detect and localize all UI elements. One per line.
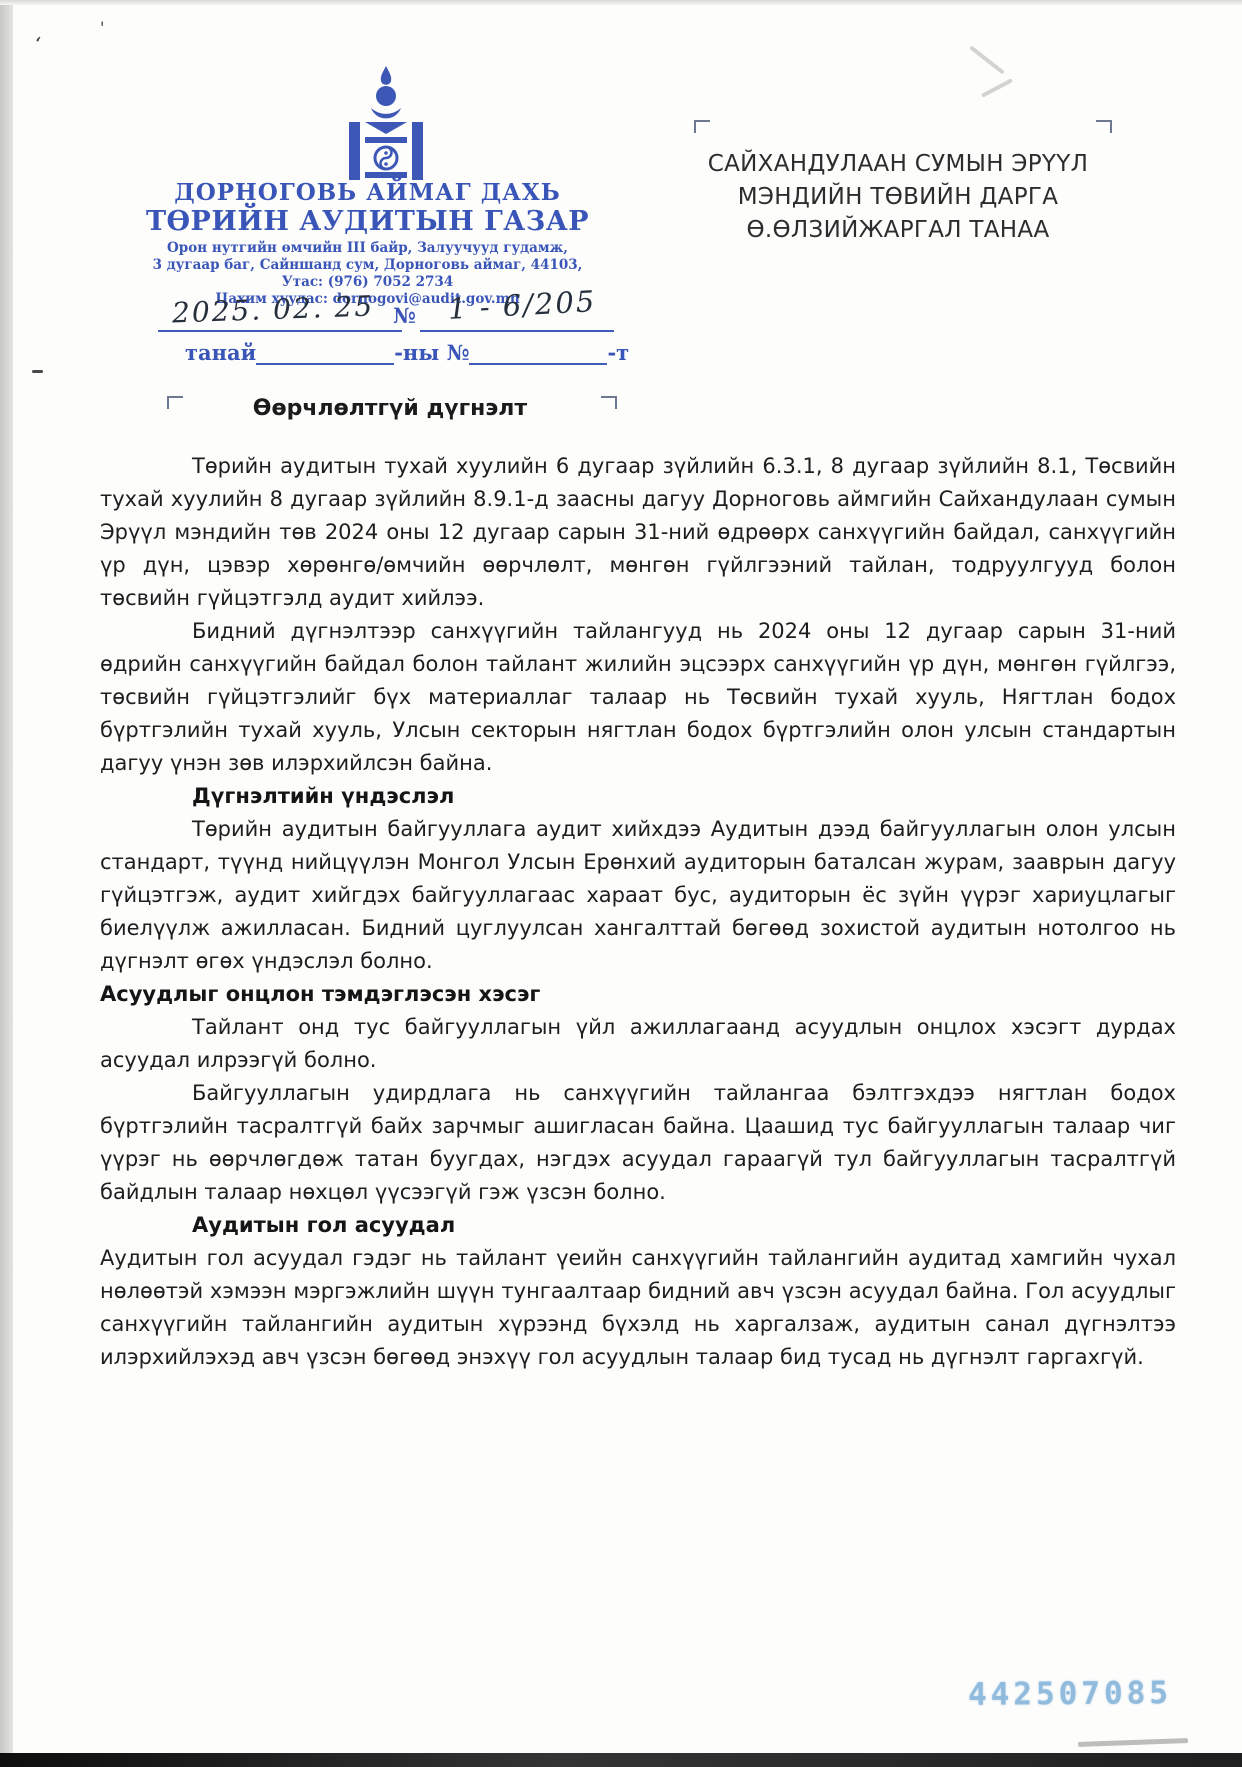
scan-smudge (969, 45, 1005, 74)
document-title: Өөрчлөлтгүй дүгнэлт (170, 396, 610, 421)
your-ref-blank2 (469, 343, 607, 365)
ref-rule (420, 330, 614, 332)
scan-edge-top (0, 0, 1242, 5)
org-address-line1: Орон нутгийн өмчийн III байр, Залуучууд … (110, 240, 625, 257)
paragraph-basis-detail: Төрийн аудитын байгууллага аудит хийхдээ… (100, 813, 1176, 978)
your-ref-suffix: -т (607, 340, 629, 365)
your-ref-blank1 (256, 343, 394, 365)
org-name-line1: ДОРНОГОВЬ АЙМАГ ДАХЬ (110, 180, 625, 206)
your-ref-prefix: танай (185, 340, 256, 365)
date-rule (158, 330, 402, 332)
scan-speck (32, 370, 43, 373)
soyombo-emblem-icon (342, 66, 430, 186)
addressee-block: САЙХАНДУЛААН СУМЫН ЭРҮҮЛ МЭНДИЙН ТӨВИЙН … (688, 148, 1108, 247)
addressee-line2: МЭНДИЙН ТӨВИЙН ДАРГА (688, 181, 1108, 214)
paragraph-legal-basis: Төрийн аудитын тухай хуулийн 6 дугаар зү… (100, 450, 1176, 615)
document-body: Төрийн аудитын тухай хуулийн 6 дугаар зү… (100, 450, 1176, 1374)
crop-mark-addressee-right (1096, 120, 1112, 133)
heading-emphasis-of-matter: Асуудлыг онцлон тэмдэглэсэн хэсэг (100, 978, 1176, 1011)
paragraph-kam-detail: Аудитын гол асуудал гэдэг нь тайлант үеи… (100, 1242, 1176, 1374)
scanned-audit-letter: { "letterhead": { "org_line1": "ДОРНОГОВ… (0, 0, 1242, 1767)
document-number-stamp: 442507085 (968, 1675, 1172, 1713)
heading-basis-for-opinion: Дүгнэлтийн үндэслэл (100, 780, 1176, 813)
scan-smudge (1078, 1738, 1188, 1747)
addressee-line3: Ө.ӨЛЗИЙЖАРГАЛ ТАНАА (688, 214, 1108, 247)
crop-mark-addressee-left (694, 120, 710, 133)
scan-speck: ' (100, 18, 104, 37)
org-address-line2: 3 дугаар баг, Сайншанд сум, Дорноговь ай… (110, 257, 625, 274)
scan-edge-bottom (0, 1753, 1242, 1767)
heading-key-audit-matters: Аудитын гол асуудал (100, 1209, 1176, 1242)
org-name-line2: ТӨРИЙН АУДИТЫН ГАЗАР (110, 206, 625, 237)
addressee-line1: САЙХАНДУЛААН СУМЫН ЭРҮҮЛ (688, 148, 1108, 181)
paragraph-going-concern: Байгууллагын удирдлага нь санхүүгийн тай… (100, 1077, 1176, 1209)
handwritten-ref-number: 1 - 6/205 (447, 284, 597, 326)
handwritten-date: 2025. 02. 25 (171, 289, 374, 329)
scan-edge-left (0, 0, 13, 1767)
scan-speck: ʻ (31, 32, 43, 57)
document-page: ' ʻ ДОРНОГОВЬ АЙМАГ ДАХЬ ТӨРИЙН АУДИТЫ (0, 0, 1242, 1767)
your-ref-middle: -ны № (394, 340, 469, 365)
paragraph-opinion: Бидний дүгнэлтээр санхүүгийн тайлангууд … (100, 615, 1176, 780)
scan-smudge (981, 78, 1013, 97)
number-sign: № (393, 303, 416, 328)
your-ref-line: танай-ны №-т (185, 340, 629, 365)
paragraph-emphasis-detail: Тайлант онд тус байгууллагын үйл ажиллаг… (100, 1011, 1176, 1077)
